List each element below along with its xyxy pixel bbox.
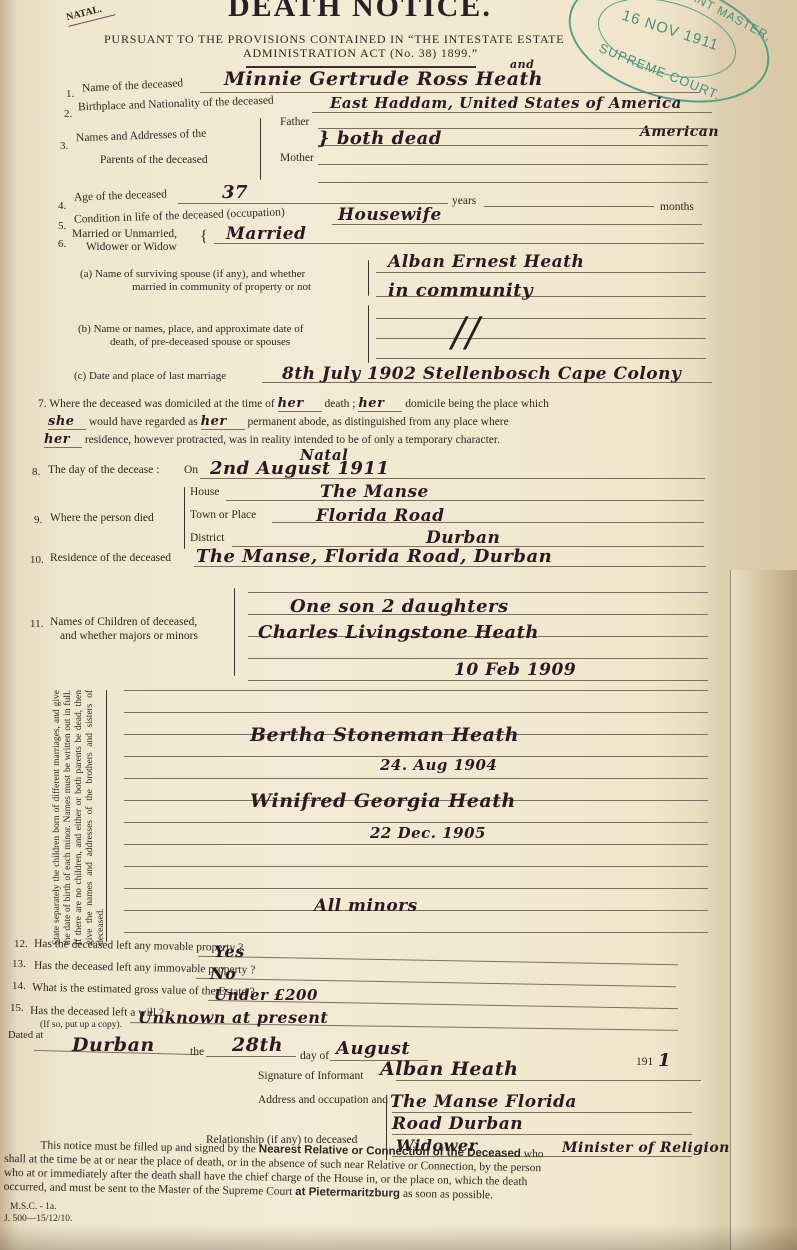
field-9-brace bbox=[184, 487, 185, 549]
field-7-line2: she would have regarded as her permanent… bbox=[48, 414, 509, 430]
field-4-number: 4. bbox=[58, 200, 66, 212]
field-7-text-2a: would have regarded as bbox=[89, 416, 198, 428]
field-11-number: 11. bbox=[30, 618, 43, 630]
informant-line bbox=[396, 1080, 701, 1081]
field-15-value: Unknown at present bbox=[138, 1008, 328, 1027]
field-6-number: 6. bbox=[58, 238, 66, 250]
children-line-1 bbox=[248, 592, 708, 593]
field-6-label-line2: Widower or Widow bbox=[86, 241, 177, 253]
field-6a-label-line1: (a) Name of surviving spouse (if any), a… bbox=[80, 268, 305, 280]
field-8-number: 8. bbox=[32, 466, 40, 478]
field-14-value: Under £200 bbox=[214, 986, 318, 1004]
field-6b-line-1 bbox=[376, 318, 706, 319]
region-label: NATAL. bbox=[65, 4, 103, 23]
field-2-value-nationality: American bbox=[640, 124, 719, 140]
field-6a-spouse-name: Alban Ernest Heath bbox=[388, 252, 584, 272]
children-summary: One son 2 daughters bbox=[290, 596, 509, 617]
field-3-label-line2: Parents of the deceased bbox=[100, 154, 208, 166]
field-7-fill-3: she bbox=[48, 414, 86, 430]
field-8-on-label: On bbox=[184, 464, 198, 476]
field-8-value: 2nd August 1911 bbox=[210, 458, 390, 479]
field-7-fill-4: her bbox=[201, 414, 245, 430]
field-9-number: 9. bbox=[34, 514, 42, 526]
field-7-fill-2: her bbox=[358, 396, 402, 412]
list-line bbox=[124, 690, 708, 691]
field-3-value: } both dead bbox=[318, 128, 442, 149]
field-6a-line-1 bbox=[376, 272, 706, 273]
field-11-label-line2: and whether majors or minors bbox=[60, 630, 198, 642]
list-line bbox=[124, 822, 708, 823]
field-11-brace bbox=[234, 588, 235, 676]
field-12-label: Has the deceased left any movable proper… bbox=[34, 938, 243, 954]
death-notice-document: NATAL. DEATH NOTICE. PURSUANT TO THE PRO… bbox=[0, 0, 797, 1250]
form-code-1: M.S.C. - 1a. bbox=[10, 1202, 56, 1212]
the-label: the bbox=[190, 1046, 204, 1058]
children-instructions: State separately the children born of di… bbox=[52, 690, 100, 945]
field-6-brace: { bbox=[200, 228, 208, 246]
damaged-page-edge bbox=[730, 570, 797, 1250]
age-months-line bbox=[484, 206, 654, 207]
field-7-line1: 7. Where the deceased was domiciled at t… bbox=[38, 396, 549, 412]
field-6b-label-line1: (b) Name or names, place, and approximat… bbox=[78, 323, 303, 335]
footer-notice: This notice must be filled up and signed… bbox=[4, 1138, 705, 1206]
field-6b-line-3 bbox=[376, 358, 706, 359]
field-12-value: Yes bbox=[214, 942, 245, 961]
field-7-line3: her residence, however protracted, was i… bbox=[44, 432, 500, 448]
field-6b-line-2 bbox=[376, 338, 706, 339]
day-of-label: day of bbox=[300, 1050, 329, 1062]
field-10-label: Residence of the deceased bbox=[50, 552, 171, 564]
field-7-text-1c: domicile being the place which bbox=[405, 398, 549, 410]
document-title: DEATH NOTICE. bbox=[228, 0, 492, 24]
field-7-text-1b: death ; bbox=[324, 398, 355, 410]
list-line bbox=[124, 778, 708, 779]
field-13-number: 13. bbox=[12, 958, 26, 970]
document-subtitle-line2: ADMINISTRATION ACT (No. 38) 1899.” bbox=[243, 46, 478, 61]
child-1-name: Charles Livingstone Heath bbox=[258, 622, 539, 643]
field-12-line bbox=[198, 956, 678, 965]
field-1-line bbox=[200, 92, 700, 93]
field-7-text-3: residence, however protracted, was in re… bbox=[85, 434, 500, 446]
house-line bbox=[226, 500, 704, 501]
child-2-dob: 24. Aug 1904 bbox=[380, 756, 497, 774]
field-5-label: Condition in life of the deceased (occup… bbox=[74, 206, 285, 225]
field-2-value: East Haddam, United States of America bbox=[330, 94, 682, 112]
field-3-number: 3. bbox=[60, 140, 68, 152]
informant-label: Signature of Informant bbox=[258, 1070, 363, 1082]
day-line bbox=[206, 1056, 296, 1057]
district-label: District bbox=[190, 532, 225, 544]
field-15-number: 15. bbox=[10, 1002, 24, 1014]
field-5-number: 5. bbox=[58, 220, 66, 232]
dated-at-label: Dated at bbox=[8, 1030, 43, 1041]
address-value-line2: Road Durban bbox=[392, 1114, 523, 1134]
dated-at-value: Durban bbox=[72, 1034, 155, 1056]
field-3-brace bbox=[260, 118, 261, 180]
mother-line-2 bbox=[318, 182, 708, 183]
field-12-number: 12. bbox=[14, 938, 28, 950]
field-4-label: Age of the deceased bbox=[74, 188, 167, 203]
field-6b-value: // bbox=[452, 310, 480, 356]
page-bottom-shadow bbox=[0, 1225, 797, 1250]
address-value-line1: The Manse Florida bbox=[390, 1092, 577, 1112]
field-6b-brace bbox=[368, 305, 369, 363]
field-3-label-line1: Names and Addresses of the bbox=[76, 128, 207, 145]
months-label: months bbox=[660, 201, 694, 213]
field-2-label: Birthplace and Nationality of the deceas… bbox=[78, 95, 274, 114]
field-1-number: 1. bbox=[66, 88, 74, 100]
field-1-label: Name of the deceased bbox=[82, 77, 184, 94]
field-9-label: Where the person died bbox=[50, 512, 154, 524]
child-2-name: Bertha Stoneman Heath bbox=[250, 724, 519, 746]
footer-bold-location: at Pietermaritzburg bbox=[295, 1186, 400, 1200]
field-6a-community: in community bbox=[388, 280, 533, 301]
document-subtitle-line1: PURSUANT TO THE PROVISIONS CONTAINED IN … bbox=[104, 32, 564, 47]
house-label: House bbox=[190, 486, 219, 498]
field-13-value: No bbox=[210, 964, 236, 983]
child-3-dob: 22 Dec. 1905 bbox=[370, 824, 486, 842]
father-label: Father bbox=[280, 116, 309, 128]
field-6c-label: (c) Date and place of last marriage bbox=[74, 370, 226, 382]
children-instructions-text: State separately the children born of di… bbox=[52, 690, 107, 945]
child-1-dob: 10 Feb 1909 bbox=[454, 660, 576, 680]
address-line-2 bbox=[392, 1134, 692, 1135]
field-6a-brace bbox=[368, 260, 369, 296]
mother-label: Mother bbox=[280, 152, 314, 164]
child-3-name: Winifred Georgia Heath bbox=[250, 790, 516, 812]
children-line-5 bbox=[248, 680, 708, 681]
address-line-1 bbox=[392, 1112, 692, 1113]
children-line-4 bbox=[248, 658, 708, 659]
field-7-fill-1: her bbox=[278, 396, 322, 412]
field-4-value: 37 bbox=[222, 182, 248, 203]
children-list-brace bbox=[106, 690, 107, 942]
age-years-line bbox=[178, 203, 448, 204]
list-line bbox=[124, 932, 708, 933]
year-prefix: 191 bbox=[636, 1056, 653, 1068]
form-code-2: J. 500—15/12/10. bbox=[4, 1214, 72, 1224]
field-6c-value: 8th July 1902 Stellenbosch Cape Colony bbox=[282, 364, 681, 384]
field-15-sublabel: (If so, put up a copy). bbox=[40, 1020, 122, 1030]
house-value: The Manse bbox=[320, 482, 429, 502]
field-10-number: 10. bbox=[30, 554, 44, 566]
field-6-label-line1: Married or Unmarried, bbox=[72, 228, 177, 240]
children-status: All minors bbox=[314, 896, 418, 916]
field-8-label: The day of the decease : bbox=[48, 464, 159, 476]
years-label: years bbox=[452, 195, 476, 207]
field-7-text-1a: Where the deceased was domiciled at the … bbox=[49, 398, 274, 410]
year-suffix: 1 bbox=[658, 1050, 671, 1071]
town-value: Florida Road bbox=[316, 506, 444, 526]
field-14-number: 14. bbox=[12, 980, 26, 992]
field-11-label-line1: Names of Children of deceased, bbox=[50, 616, 197, 628]
field-6b-label-line2: death, of pre-deceased spouse or spouses bbox=[110, 336, 290, 348]
field-1-value: Minnie Gertrude Ross Heath bbox=[224, 68, 543, 90]
field-5-value: Housewife bbox=[338, 205, 442, 225]
district-value: Durban bbox=[426, 528, 500, 548]
list-line bbox=[124, 712, 708, 713]
field-7-text-2b: permanent abode, as distinguished from a… bbox=[248, 416, 509, 428]
field-1-annotation: and bbox=[510, 58, 534, 71]
informant-signature: Alban Heath bbox=[380, 1058, 518, 1080]
list-line bbox=[124, 866, 708, 867]
field-2-number: 2. bbox=[64, 108, 72, 120]
field-7-fill-5: her bbox=[44, 432, 82, 448]
month-value: August bbox=[336, 1038, 410, 1059]
field-7-number: 7. bbox=[38, 398, 47, 410]
field-6-value: Married bbox=[226, 224, 306, 244]
field-2-line bbox=[312, 112, 712, 113]
day-value: 28th bbox=[232, 1034, 283, 1056]
field-10-value: The Manse, Florida Road, Durban bbox=[196, 546, 552, 567]
town-label: Town or Place bbox=[190, 509, 256, 521]
list-line bbox=[124, 844, 708, 845]
field-6a-label-line2: married in community of property or not bbox=[132, 281, 311, 293]
mother-line bbox=[318, 164, 708, 165]
list-line bbox=[124, 888, 708, 889]
address-label: Address and occupation and bbox=[258, 1094, 388, 1106]
